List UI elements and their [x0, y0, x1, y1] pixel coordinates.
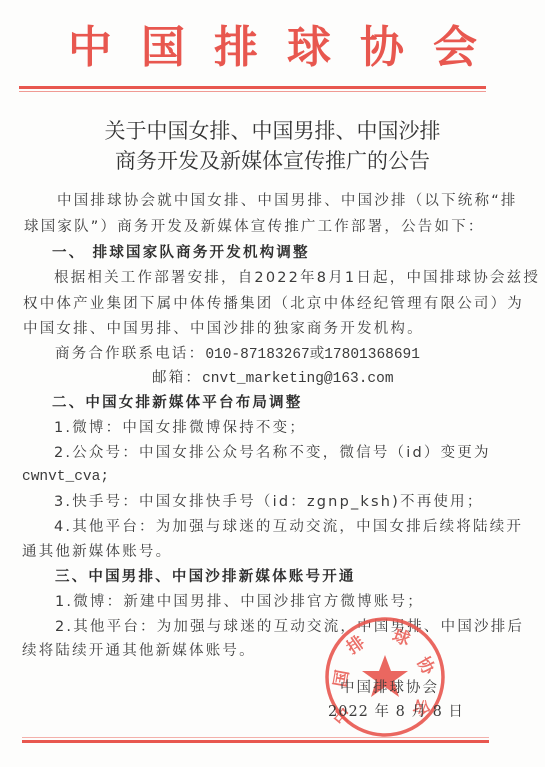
letterhead-title: 中国排球协会	[0, 18, 545, 78]
phone-value: 010-87183267或17801368691	[205, 347, 420, 363]
phone-label: 商务合作联系电话：	[55, 346, 205, 362]
section-2-item-4-line-1: 4.其他平台：为加强与球迷的互动交流，中国女排后续将陆续开	[54, 517, 523, 537]
signature-date: 2022 年 8 月 8 日	[328, 700, 464, 721]
contact-email: 邮箱：cnvt_marketing@163.com	[152, 368, 394, 389]
section-2-item-1: 1.微博：中国女排微博保持不变；	[54, 418, 306, 438]
section-2-item-3: 3.快手号：中国女排快手号（id：zgnp_ksh)不再使用；	[54, 492, 484, 512]
email-value: cnvt_marketing@163.com	[202, 371, 393, 387]
header-divider	[19, 86, 486, 89]
section-3-heading: 三、中国男排、中国沙排新媒体账号开通	[55, 567, 356, 587]
svg-text:球: 球	[390, 625, 413, 651]
section-3-item-1: 1.微博：新建中国男排、中国沙排官方微博账号；	[55, 592, 424, 612]
contact-phone: 商务合作联系电话：010-87183267或17801368691	[55, 344, 420, 365]
header-divider-thin	[19, 91, 486, 92]
intro-line-2: 球国家队”）商务开发及新媒体宣传推广工作部署，公告如下：	[24, 217, 485, 237]
section-3-item-2-line-2: 续将陆续开通其他新媒体账号。	[22, 641, 256, 661]
section-2-item-2-line-2: cwnvt_cva;	[22, 467, 109, 487]
section-2-item-2-line-1: 2.公众号：中国女排公众号名称不变，微信号（id）变更为	[54, 443, 491, 463]
intro-line-1: 中国排球协会就中国女排、中国男排、中国沙排（以下统称“排	[57, 191, 518, 211]
section-1-heading: 一、 排球国家队商务开发机构调整	[52, 243, 310, 263]
email-label: 邮箱：	[152, 370, 202, 386]
section-3-item-2-line-1: 2.其他平台：为加强与球迷的互动交流，中国男排、中国沙排后	[55, 617, 524, 637]
signature-organization: 中国排球协会	[340, 676, 439, 697]
section-2-item-4-line-2: 通其他新媒体账号。	[22, 542, 172, 562]
section-1-line-3: 中国女排、中国男排、中国沙排的独家商务开发机构。	[23, 319, 424, 339]
section-1-line-1: 根据相关工作部署安排，自2022年8月1日起，中国排球协会兹授	[54, 268, 540, 288]
section-2-heading: 二、中国女排新媒体平台布局调整	[52, 393, 303, 413]
title-line-2: 商务开发及新媒体宣传推广的公告	[0, 146, 545, 176]
footer-divider-thin	[22, 737, 489, 738]
footer-divider	[22, 740, 489, 743]
section-1-line-2: 权中体产业集团下属中体传播集团（北京中体经纪管理有限公司）为	[23, 294, 524, 314]
title-line-1: 关于中国女排、中国男排、中国沙排	[0, 116, 545, 146]
